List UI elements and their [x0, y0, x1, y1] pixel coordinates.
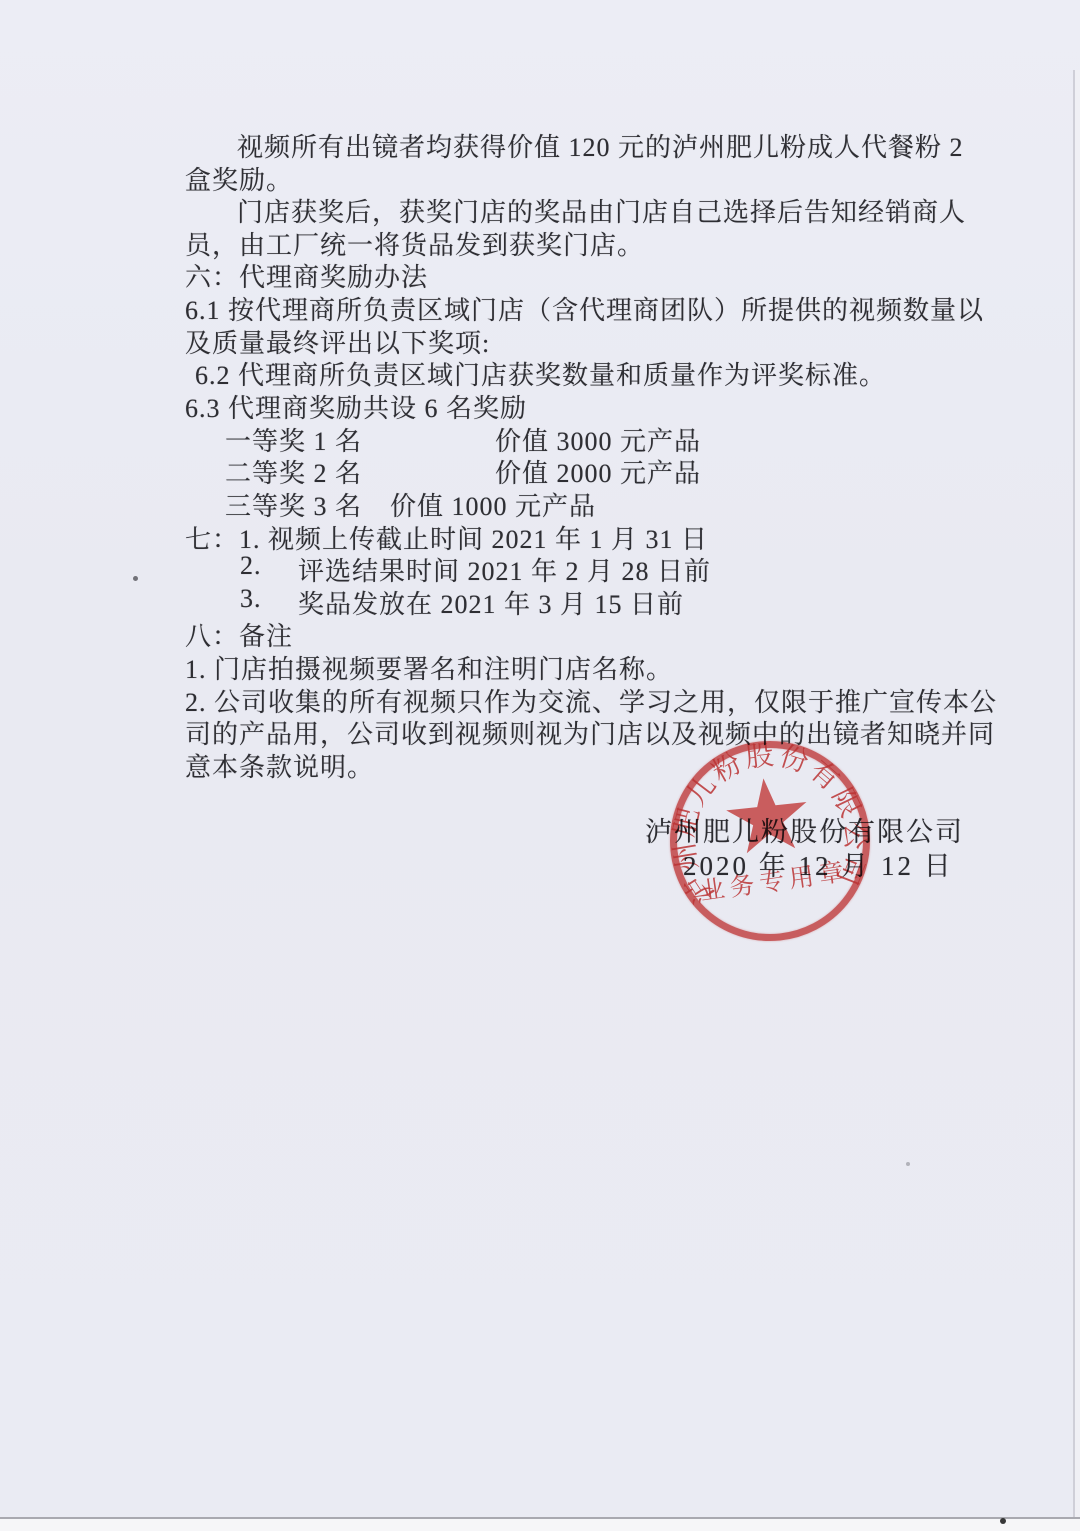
document-text-line: 门店获奖后，获奖门店的奖品由门店自己选择后告知经销商人 [0, 192, 1080, 226]
scan-speck [906, 1162, 910, 1166]
document-text-line: 2.评选结果时间 2021 年 2 月 28 日前 [0, 551, 1080, 585]
document-text-line: 6.1 按代理商所负责区域门店（含代理商团队）所提供的视频数量以 [0, 290, 1080, 324]
document-text-line: 二等奖 2 名价值 2000 元产品 [0, 453, 1080, 487]
text-layer: 视频所有出镜者均获得价值 120 元的泸州肥儿粉成人代餐粉 2盒奖励。门店获奖后… [0, 0, 1080, 1519]
document-text-line: 员，由工厂统一将货品发到获奖门店。 [0, 225, 1080, 259]
text-segment: 3. [240, 584, 262, 614]
document-text-line: 6.2 代理商所负责区域门店获奖数量和质量作为评奖标准。 [0, 355, 1080, 389]
signature-date: 2020 年 12 月 12 日 [683, 844, 954, 883]
scan-speck [1000, 1518, 1006, 1524]
document-text-line: 1. 门店拍摄视频要署名和注明门店名称。 [0, 649, 1080, 683]
text-segment: 6.1 按代理商所负责区域门店（含代理商团队）所提供的视频数量以 [185, 290, 984, 327]
document-text-line: 3.奖品发放在 2021 年 3 月 15 日前 [0, 584, 1080, 618]
text-segment: 评选结果时间 2021 年 2 月 28 日前 [298, 551, 711, 588]
text-segment: 三等奖 3 名 [225, 486, 362, 523]
text-segment: 意本条款说明。 [185, 747, 374, 784]
text-segment: 6.3 代理商奖励共设 6 名奖励 [185, 388, 527, 425]
text-segment: 2. [240, 551, 262, 581]
document-text-line: 六：代理商奖励办法 [0, 257, 1080, 291]
document-text-line: 及质量最终评出以下奖项: [0, 323, 1080, 357]
document-text-line: 司的产品用，公司收到视频则视为门店以及视频中的出镜者知晓并同 [0, 714, 1080, 748]
document-text-line: 6.3 代理商奖励共设 6 名奖励 [0, 388, 1080, 422]
document-text-line: 七：1. 视频上传截止时间 2021 年 1 月 31 日 [0, 519, 1080, 553]
document-text-line: 意本条款说明。 [0, 747, 1080, 781]
scanned-document-page: 视频所有出镜者均获得价值 120 元的泸州肥儿粉成人代餐粉 2盒奖励。门店获奖后… [0, 0, 1080, 1519]
text-segment: 门店获奖后，获奖门店的奖品由门店自己选择后告知经销商人 [237, 192, 966, 229]
page-right-edge [1073, 70, 1080, 1519]
document-text-line: 盒奖励。 [0, 160, 1080, 194]
text-segment: 1. 门店拍摄视频要署名和注明门店名称。 [185, 649, 673, 686]
text-segment: 司的产品用，公司收到视频则视为门店以及视频中的出镜者知晓并同 [185, 714, 995, 751]
document-text-line: 视频所有出镜者均获得价值 120 元的泸州肥儿粉成人代餐粉 2 [0, 127, 1080, 161]
text-segment: 八：备注 [185, 616, 293, 653]
text-segment: 价值 2000 元产品 [495, 453, 701, 490]
document-text-line: 八：备注 [0, 616, 1080, 650]
text-segment: 价值 1000 元产品 [390, 486, 596, 523]
text-segment: 视频所有出镜者均获得价值 120 元的泸州肥儿粉成人代餐粉 2 [237, 127, 964, 164]
scan-background-strip [0, 1519, 1080, 1531]
scan-speck [133, 576, 138, 581]
document-text-line: 三等奖 3 名价值 1000 元产品 [0, 486, 1080, 520]
text-segment: 六：代理商奖励办法 [185, 257, 428, 294]
text-segment: 6.2 代理商所负责区域门店获奖数量和质量作为评奖标准。 [195, 355, 886, 392]
text-segment: 二等奖 2 名 [225, 453, 362, 490]
document-text-line: 2. 公司收集的所有视频只作为交流、学习之用，仅限于推广宣传本公 [0, 682, 1080, 716]
document-text-line: 一等奖 1 名价值 3000 元产品 [0, 421, 1080, 455]
